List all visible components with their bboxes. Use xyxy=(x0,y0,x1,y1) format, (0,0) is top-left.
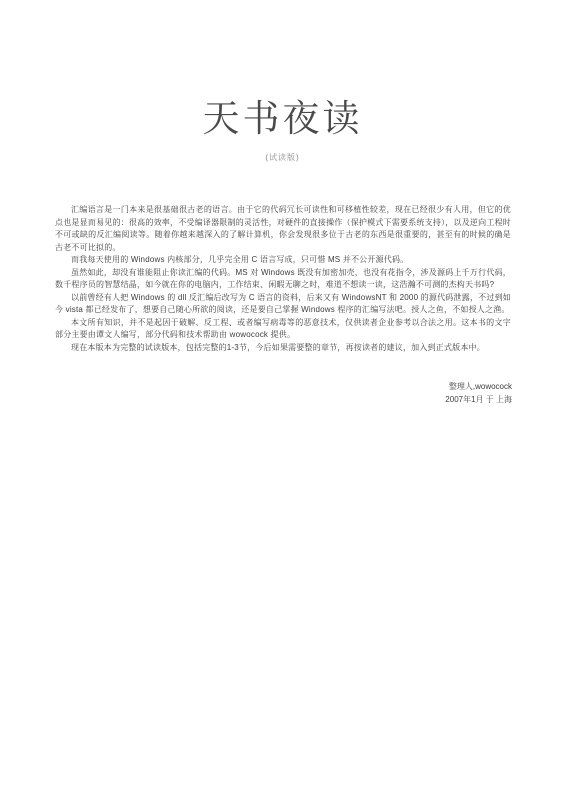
preface-paragraph-3: 虽然如此，却没有谁能阻止你读汇编的代码。MS 对 Windows 既没有加密加壳… xyxy=(55,267,511,292)
preface-paragraph-4: 以前曾经有人把 Windows 的 dll 反汇编后改写为 C 语言的资料，后来… xyxy=(55,292,511,317)
preface-body: 汇编语言是一门本来是很基础很古老的语言。由于它的代码冗长可读性和可移植性较差，现… xyxy=(55,204,511,354)
page-title: 天书夜读 xyxy=(0,97,565,141)
signature-date: 2007年1月 于 上海 xyxy=(0,393,512,406)
signature-block: 整理人,wowocock 2007年1月 于 上海 xyxy=(0,380,512,406)
preface-paragraph-1: 汇编语言是一门本来是很基础很古老的语言。由于它的代码冗长可读性和可移植性较差，现… xyxy=(55,204,511,254)
preface-paragraph-6: 现在本版本为完整的试读版本，包括完整的1-3节，今后如果需要整的章节，再按读者的… xyxy=(55,342,511,355)
preface-paragraph-2: 而我每天使用的 Windows 内核部分，几乎完全用 C 语言写成，只可惜 MS… xyxy=(55,254,511,267)
signature-author: 整理人,wowocock xyxy=(0,380,512,393)
document-page: 天书夜读 (试读版) 汇编语言是一门本来是很基础很古老的语言。由于它的代码冗长可… xyxy=(0,0,565,800)
preface-paragraph-5: 本文所有知识，并不是起因于破解、反工程、或者编写病毒等的恶意技术，仅供读者企业参… xyxy=(55,317,511,342)
page-subtitle: (试读版) xyxy=(0,152,565,163)
